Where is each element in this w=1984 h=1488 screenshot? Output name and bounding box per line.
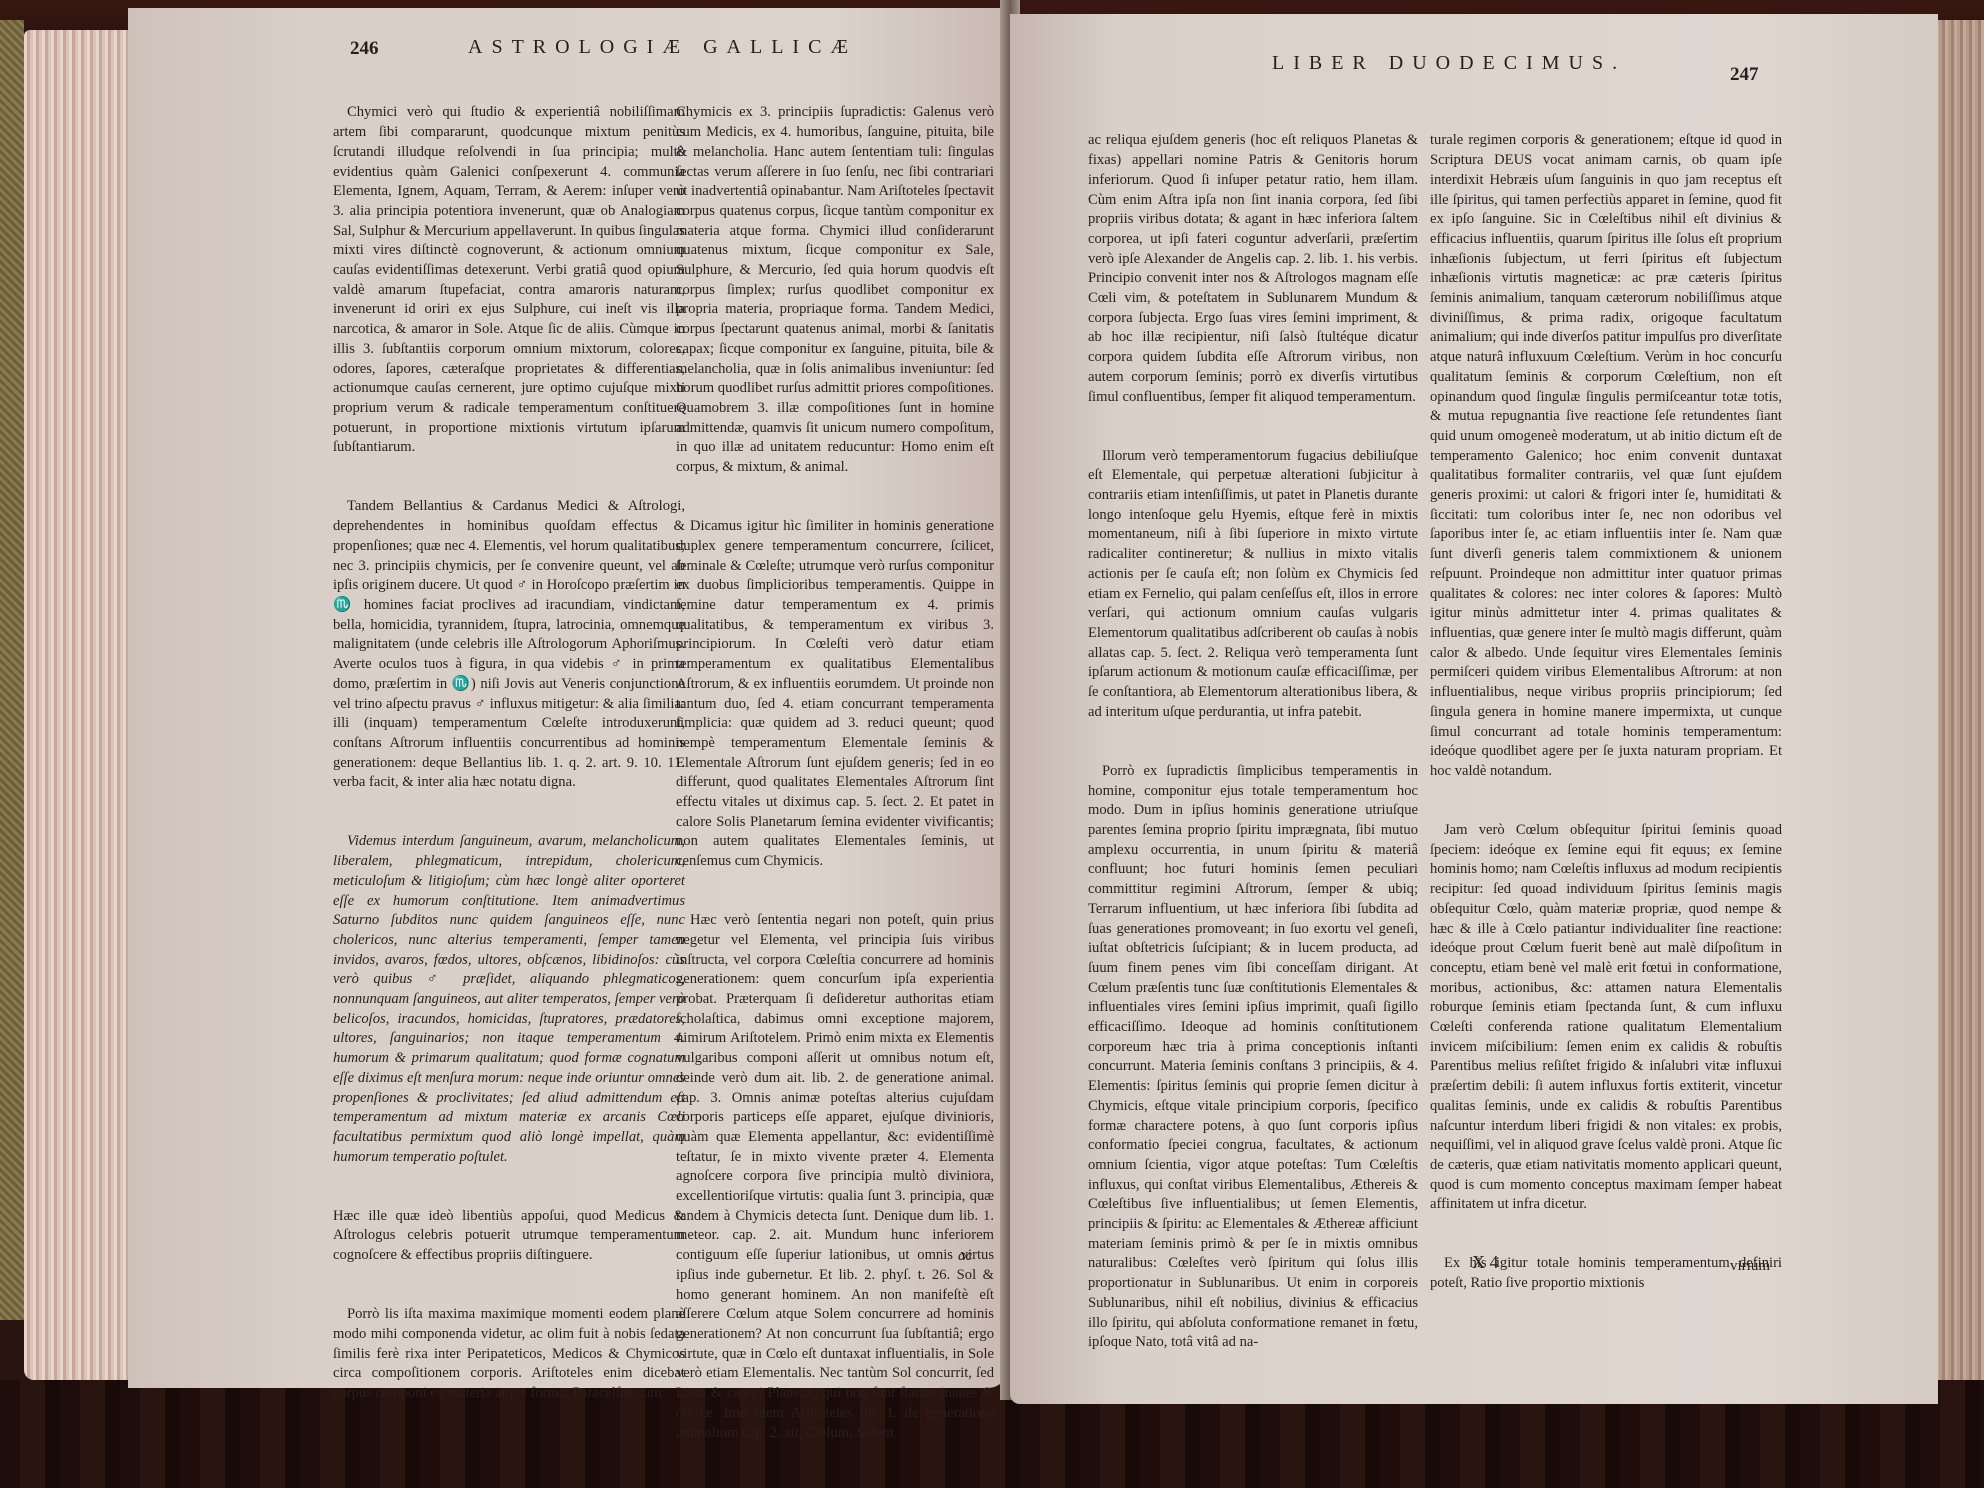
paragraph: Chymici verò qui ſtudio & experientiâ no… (333, 103, 685, 458)
running-head-right: LIBER DUODECIMUS. (1272, 52, 1626, 75)
paragraph: Jam verò Cœlum obſequitur ſpiritui ſemin… (1430, 821, 1782, 1215)
paragraph: Hæc verò ſententia negari non poteſt, qu… (676, 911, 994, 1443)
paragraph: Porrò lis iſta maxima maximique momenti … (333, 1305, 685, 1404)
left-page-column-1: Chymici verò qui ſtudio & experientiâ no… (333, 64, 685, 1443)
page-edges-left (24, 30, 134, 1380)
paragraph: Illorum verò temperamentorum fugacius de… (1088, 447, 1418, 723)
page-edges-right (1930, 20, 1984, 1420)
paragraph: Hæc ille quæ ideò libentiùs appoſui, quo… (333, 1207, 685, 1266)
catchword-left: ac (958, 1248, 972, 1265)
paragraph: ac reliqua ejuſdem generis (hoc eſt reli… (1088, 131, 1418, 407)
photo-scene: 246 ASTROLOGIÆ GALLICÆ Chymici verò qui … (0, 0, 1984, 1488)
paragraph: Tandem Bellantius & Cardanus Medici & Aſ… (333, 497, 685, 793)
left-page: 246 ASTROLOGIÆ GALLICÆ Chymici verò qui … (128, 8, 1008, 1388)
right-page: LIBER DUODECIMUS. 247 ac reliqua ejuſdem… (1010, 14, 1938, 1404)
catchword-right: virium (1730, 1258, 1770, 1275)
page-number-left: 246 (350, 38, 379, 60)
left-page-column-2: Chymicis ex 3. principiis ſupradictis: G… (676, 64, 994, 1483)
right-page-column-2: turale regimen corporis & generationem; … (1430, 92, 1782, 1333)
page-number-right: 247 (1730, 64, 1759, 86)
paragraph: turale regimen corporis & generationem; … (1430, 131, 1782, 781)
cloth-background (0, 20, 24, 1320)
signature-mark: X 4 (1472, 1252, 1499, 1273)
italic-quotation: Videmus interdum ſanguineum, avarum, mel… (333, 832, 685, 1167)
right-page-column-1: ac reliqua ejuſdem generis (hoc eſt reli… (1088, 92, 1418, 1392)
running-head-left: ASTROLOGIÆ GALLICÆ (468, 36, 857, 59)
paragraph: Porrò ex ſupradictis ſimplicibus tempera… (1088, 762, 1418, 1353)
paragraph: Chymicis ex 3. principiis ſupradictis: G… (676, 103, 994, 477)
paragraph: Dicamus igitur hìc ſimiliter in hominis … (676, 517, 994, 872)
